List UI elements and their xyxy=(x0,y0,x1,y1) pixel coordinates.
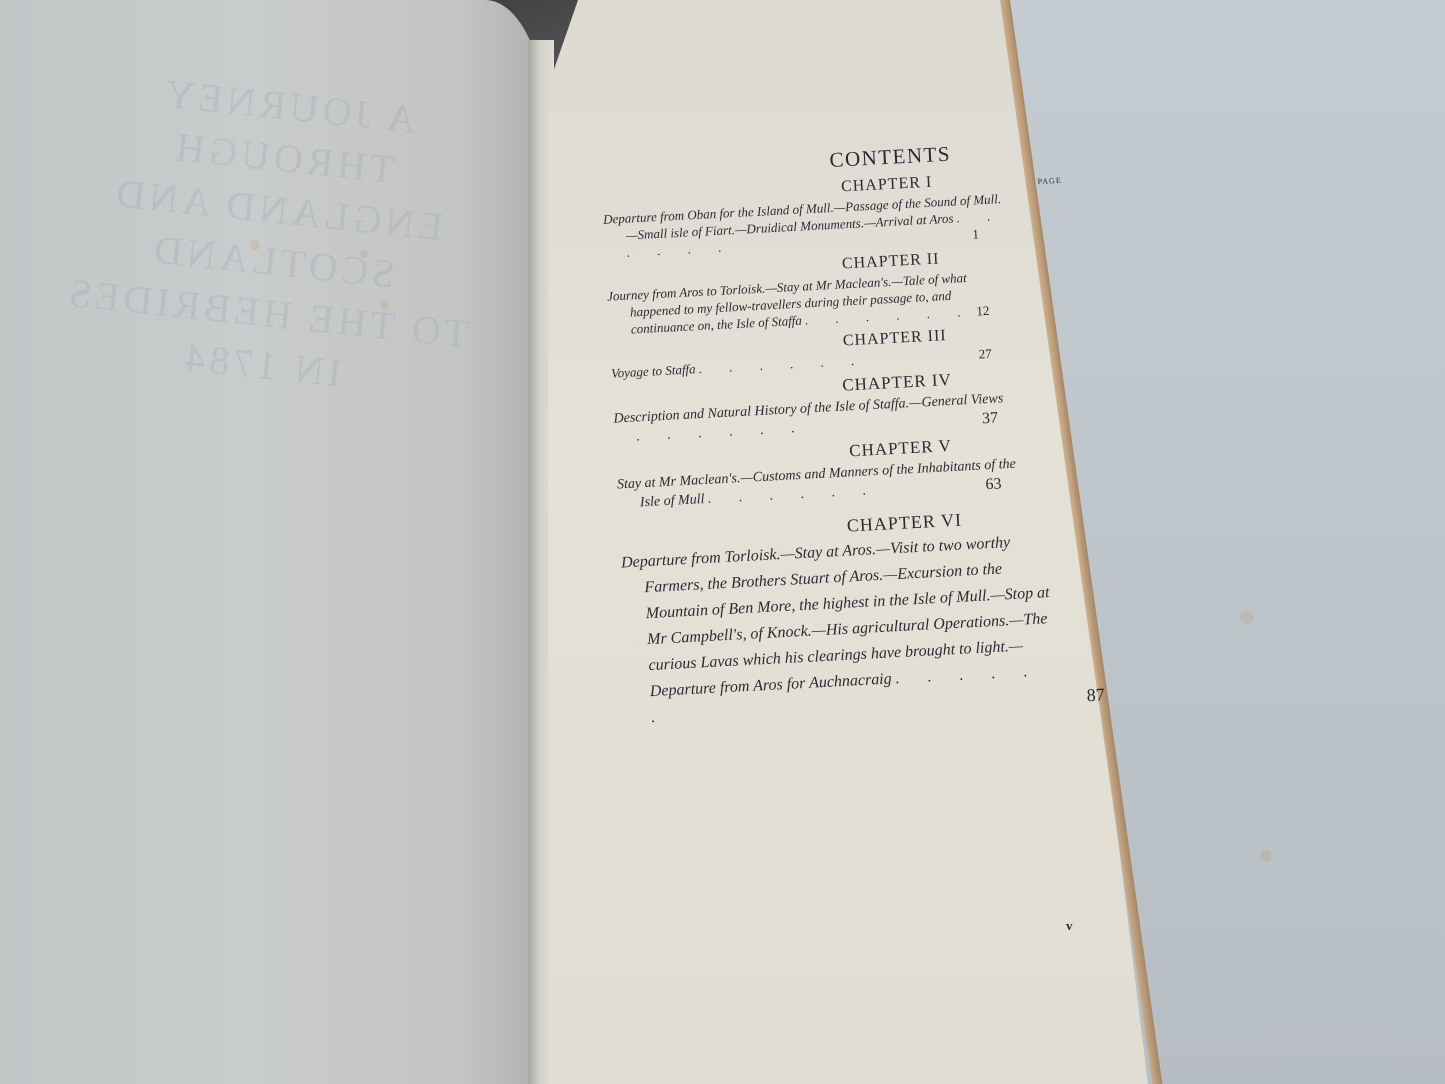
page-number: 12 xyxy=(998,301,999,318)
page-number: 63 xyxy=(1007,474,1008,493)
folio-page-number: v xyxy=(1066,918,1073,934)
foxing-spot xyxy=(250,240,260,250)
page-number: 87 xyxy=(1108,681,1109,707)
page-number: 1 xyxy=(994,224,995,241)
page-number: 27 xyxy=(1000,344,1001,361)
foxing-spot xyxy=(380,300,389,309)
foxing-spot xyxy=(360,250,368,258)
page-number: 37 xyxy=(1004,408,1005,427)
foxing-spot xyxy=(1260,850,1272,862)
contents-list: CONTENTS PAGE CHAPTER I Departure from O… xyxy=(600,134,1130,736)
chapter-description: Departure from Torloisk.—Stay at Aros.—V… xyxy=(620,527,1069,732)
foxing-spot xyxy=(1240,610,1254,624)
left-page: A JOURNEY THROUGH ENGLAND AND SCOTLAND T… xyxy=(0,0,545,1084)
chapter-entry: CHAPTER VI Departure from Torloisk.—Stay… xyxy=(619,501,1129,732)
show-through-text: A JOURNEY THROUGH ENGLAND AND SCOTLAND T… xyxy=(25,56,525,415)
